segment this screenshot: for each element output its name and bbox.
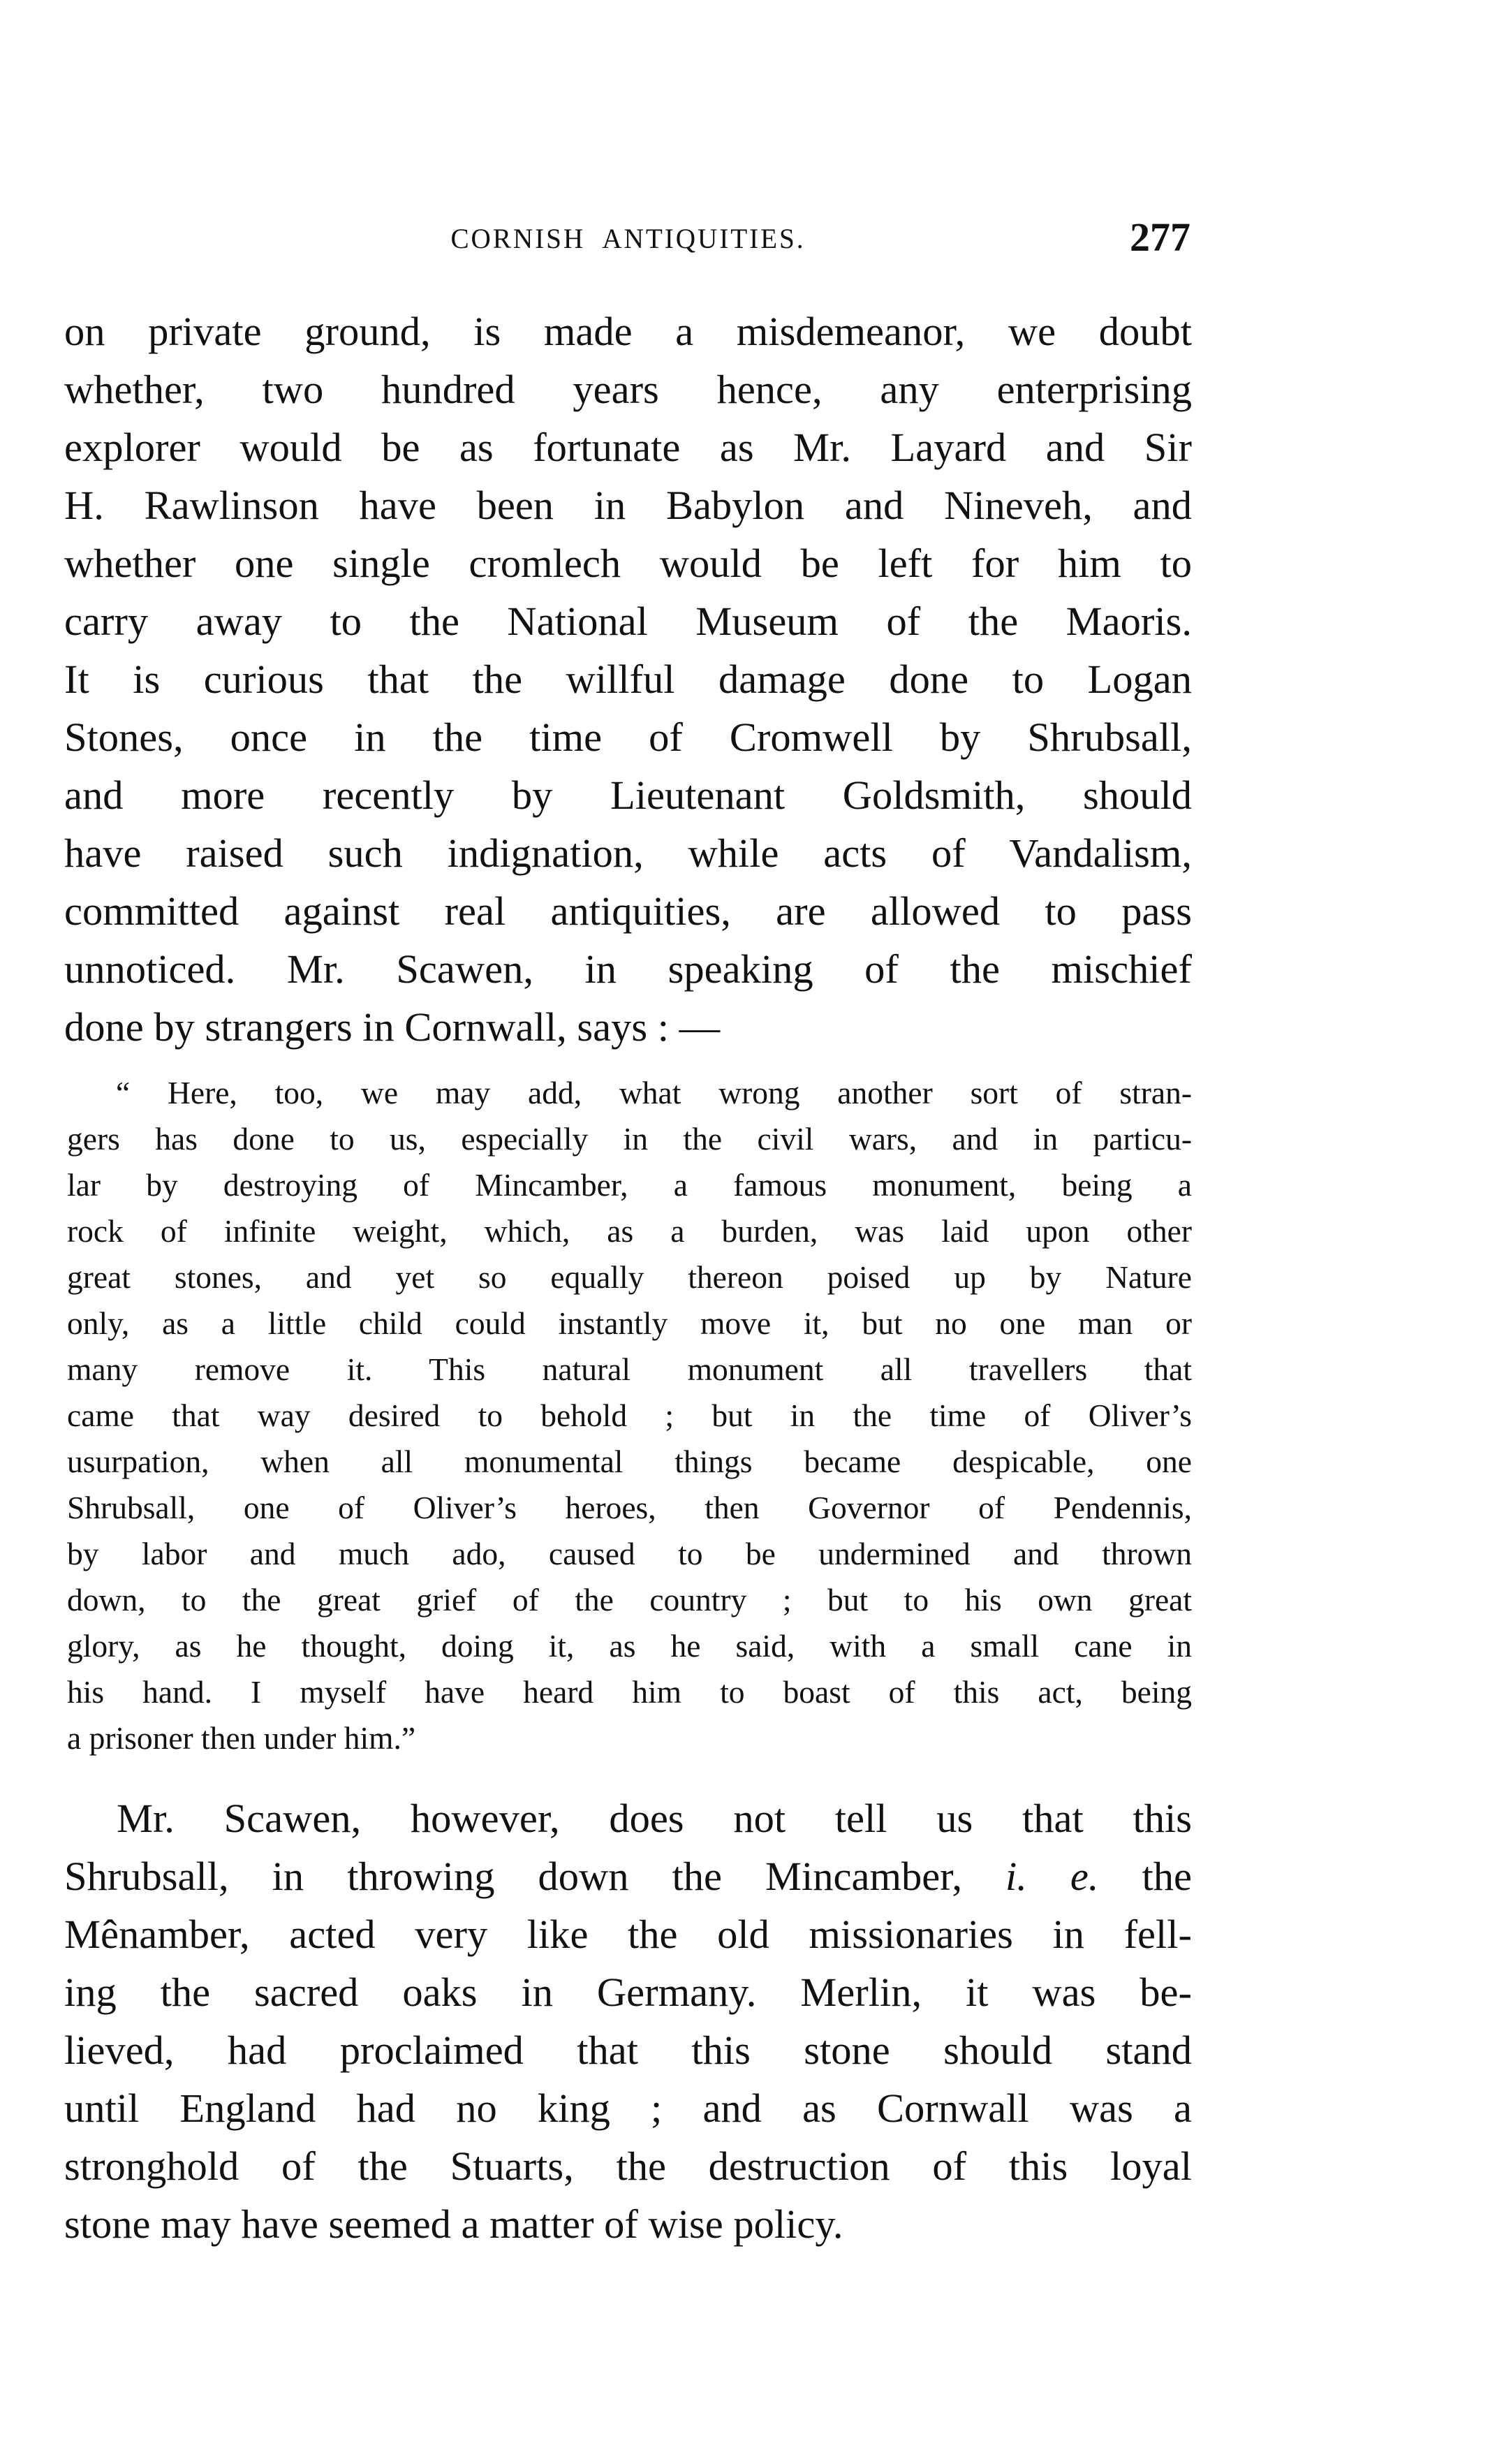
text-line: explorer would be as fortunate as Mr. La… xyxy=(64,418,1192,476)
quote-line: glory, as he thought, doing it, as he sa… xyxy=(67,1623,1192,1669)
text-line: and more recently by Lieutenant Goldsmit… xyxy=(64,766,1192,824)
text-line: It is curious that the willful damage do… xyxy=(64,650,1192,708)
quote-line: rock of infinite weight, which, as a bur… xyxy=(67,1208,1192,1254)
quote-line: a prisoner then under him.” xyxy=(67,1715,1192,1761)
text-line: unnoticed. Mr. Scawen, in speaking of th… xyxy=(64,940,1192,998)
text-line: Stones, once in the time of Cromwell by … xyxy=(64,708,1192,766)
paragraph-closing: Mr. Scawen, however, does not tell us th… xyxy=(64,1789,1192,2253)
book-page: CORNISH ANTIQUITIES. 277 on private grou… xyxy=(0,0,1497,2464)
quote-line: Shrubsall, one of Oliver’s heroes, then … xyxy=(67,1485,1192,1531)
quote-line: gers has done to us, especially in the c… xyxy=(67,1116,1192,1162)
text-line: stone may have seemed a matter of wise p… xyxy=(64,2195,1192,2253)
quote-line: came that way desired to behold ; but in… xyxy=(67,1393,1192,1439)
quote-line: “ Here, too, we may add, what wrong anot… xyxy=(67,1070,1192,1116)
text-line: lieved, had proclaimed that this stone s… xyxy=(64,2021,1192,2079)
page-number: 277 xyxy=(1130,214,1190,261)
quote-line: great stones, and yet so equally thereon… xyxy=(67,1254,1192,1300)
text-column: on private ground, is made a misdemeanor… xyxy=(64,302,1192,2253)
text-line: committed against real antiquities, are … xyxy=(64,882,1192,940)
text-line: done by strangers in Cornwall, says : — xyxy=(64,998,1192,1056)
text-line: whether, two hundred years hence, any en… xyxy=(64,360,1192,418)
text-line: ing the sacred oaks in Germany. Merlin, … xyxy=(64,1963,1192,2021)
quote-line: his hand. I myself have heard him to boa… xyxy=(67,1669,1192,1715)
running-header: CORNISH ANTIQUITIES. 277 xyxy=(64,210,1192,265)
text-line: Shrubsall, in throwing down the Mincambe… xyxy=(64,1847,1192,1905)
running-title: CORNISH ANTIQUITIES. xyxy=(75,222,1181,255)
text-line: Mr. Scawen, however, does not tell us th… xyxy=(64,1789,1192,1847)
text-line: carry away to the National Museum of the… xyxy=(64,592,1192,650)
text-line: H. Rawlinson have been in Babylon and Ni… xyxy=(64,476,1192,534)
italic-abbreviation: i. e. xyxy=(1005,1854,1099,1899)
text-line: Mênamber, acted very like the old missio… xyxy=(64,1905,1192,1963)
text-line: whether one single cromlech would be lef… xyxy=(64,534,1192,592)
block-quote: “ Here, too, we may add, what wrong anot… xyxy=(64,1070,1192,1761)
quote-line: many remove it. This natural monument al… xyxy=(67,1347,1192,1393)
text-line: on private ground, is made a misdemeanor… xyxy=(64,302,1192,360)
text-run: Shrubsall, in throwing down the Mincambe… xyxy=(64,1854,1005,1899)
quote-line: only, as a little child could instantly … xyxy=(67,1300,1192,1347)
quote-line: usurpation, when all monumental things b… xyxy=(67,1439,1192,1485)
quote-line: down, to the great grief of the country … xyxy=(67,1577,1192,1623)
text-line: have raised such indignation, while acts… xyxy=(64,824,1192,882)
quote-line: by labor and much ado, caused to be unde… xyxy=(67,1531,1192,1577)
text-line: until England had no king ; and as Cornw… xyxy=(64,2079,1192,2137)
text-run: the xyxy=(1099,1854,1193,1899)
text-line: stronghold of the Stuarts, the destructi… xyxy=(64,2137,1192,2195)
quote-line: lar by destroying of Mincamber, a famous… xyxy=(67,1162,1192,1208)
paragraph-opening: on private ground, is made a misdemeanor… xyxy=(64,302,1192,1056)
